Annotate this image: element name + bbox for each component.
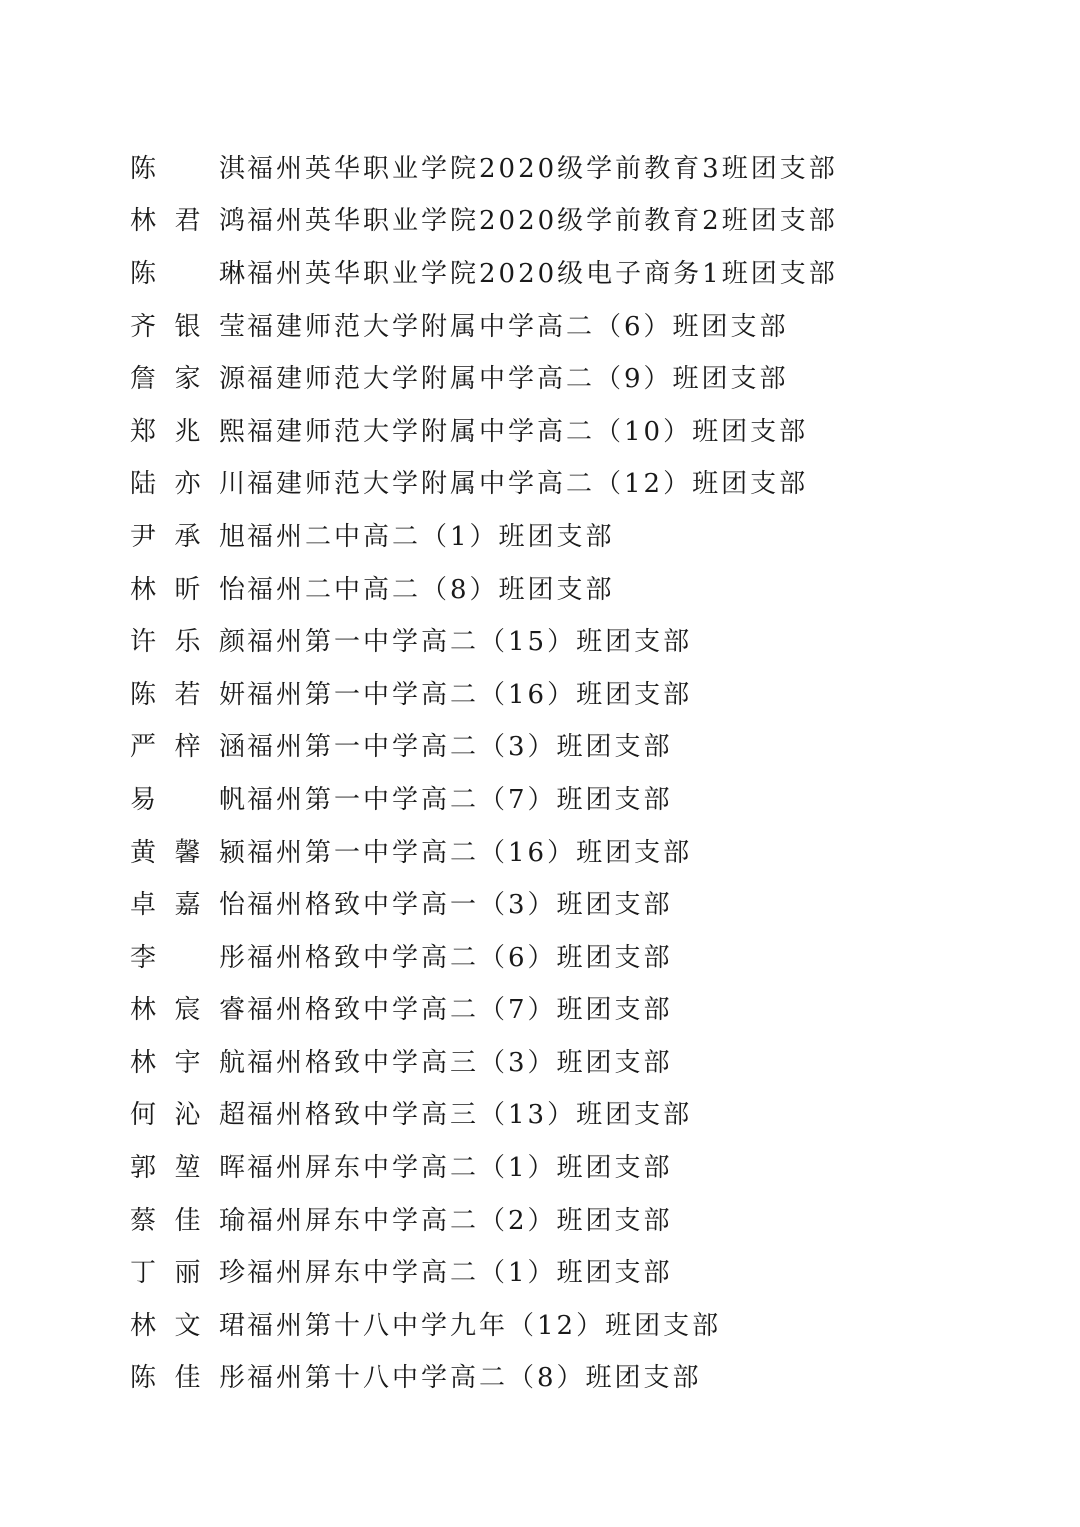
organization: 福州屏东中学高二（1）班团支部 (247, 1252, 673, 1289)
organization: 福州英华职业学院2020级学前教育3班团支部 (247, 148, 838, 185)
person-name: 陈佳彤 (130, 1357, 247, 1394)
organization: 福州第一中学高二（3）班团支部 (247, 726, 673, 763)
person-name: 郭堃晖 (130, 1147, 247, 1184)
list-item: 严梓涵福州第一中学高二（3）班团支部 (130, 719, 838, 772)
list-item: 詹家源福建师范大学附属中学高二（9）班团支部 (130, 350, 838, 403)
person-name: 许乐颜 (130, 621, 247, 658)
organization: 福州第一中学高二（15）班团支部 (247, 621, 692, 658)
document-page: 陈 淇福州英华职业学院2020级学前教育3班团支部 林君鸿福州英华职业学院202… (0, 0, 1080, 1527)
person-name: 黄馨颍 (130, 832, 247, 869)
list-item: 何沁超福州格致中学高三（13）班团支部 (130, 1087, 838, 1140)
list-item: 陈若妍福州第一中学高二（16）班团支部 (130, 666, 838, 719)
organization: 福州屏东中学高二（1）班团支部 (247, 1147, 673, 1184)
list-item: 陈 琳福州英华职业学院2020级电子商务1班团支部 (130, 245, 838, 298)
organization: 福州第一中学高二（16）班团支部 (247, 832, 692, 869)
person-name: 林文珺 (130, 1305, 247, 1342)
organization: 福建师范大学附属中学高二（12）班团支部 (247, 463, 808, 500)
list-item: 蔡佳瑜福州屏东中学高二（2）班团支部 (130, 1192, 838, 1245)
organization: 福建师范大学附属中学高二（10）班团支部 (247, 411, 808, 448)
organization: 福州屏东中学高二（2）班团支部 (247, 1200, 673, 1237)
organization: 福州二中高二（8）班团支部 (247, 569, 615, 606)
list-item: 黄馨颍福州第一中学高二（16）班团支部 (130, 824, 838, 877)
organization: 福州格致中学高一（3）班团支部 (247, 884, 673, 921)
list-item: 尹承旭福州二中高二（1）班团支部 (130, 508, 838, 561)
list-item: 陈佳彤福州第十八中学高二（8）班团支部 (130, 1350, 838, 1403)
person-name: 陆亦川 (130, 463, 247, 500)
list-item: 齐银莹福建师范大学附属中学高二（6）班团支部 (130, 298, 838, 351)
person-name: 陈若妍 (130, 674, 247, 711)
organization: 福建师范大学附属中学高二（6）班团支部 (247, 306, 789, 343)
list-item: 林宇航福州格致中学高三（3）班团支部 (130, 1034, 838, 1087)
person-name: 卓嘉怡 (130, 884, 247, 921)
person-name: 蔡佳瑜 (130, 1200, 247, 1237)
list-item: 林昕怡福州二中高二（8）班团支部 (130, 561, 838, 614)
organization: 福州格致中学高二（7）班团支部 (247, 989, 673, 1026)
organization: 福州第一中学高二（7）班团支部 (247, 779, 673, 816)
person-name: 何沁超 (130, 1094, 247, 1131)
person-name: 郑兆熙 (130, 411, 247, 448)
list-item: 李 彤福州格致中学高二（6）班团支部 (130, 929, 838, 982)
organization: 福州格致中学高三（13）班团支部 (247, 1094, 692, 1131)
list-item: 郭堃晖福州屏东中学高二（1）班团支部 (130, 1139, 838, 1192)
person-name: 易 帆 (130, 779, 247, 816)
organization: 福州二中高二（1）班团支部 (247, 516, 615, 553)
list-item: 许乐颜福州第一中学高二（15）班团支部 (130, 613, 838, 666)
list-item: 卓嘉怡福州格致中学高一（3）班团支部 (130, 876, 838, 929)
person-name: 尹承旭 (130, 516, 247, 553)
organization: 福州第一中学高二（16）班团支部 (247, 674, 692, 711)
list-item: 陈 淇福州英华职业学院2020级学前教育3班团支部 (130, 140, 838, 193)
person-name: 丁丽珍 (130, 1252, 247, 1289)
person-name: 林宸睿 (130, 989, 247, 1026)
organization: 福建师范大学附属中学高二（9）班团支部 (247, 358, 789, 395)
honoree-list: 陈 淇福州英华职业学院2020级学前教育3班团支部 林君鸿福州英华职业学院202… (130, 140, 838, 1402)
person-name: 齐银莹 (130, 306, 247, 343)
person-name: 林宇航 (130, 1042, 247, 1079)
organization: 福州第十八中学九年（12）班团支部 (247, 1305, 721, 1342)
organization: 福州格致中学高二（6）班团支部 (247, 937, 673, 974)
list-item: 林宸睿福州格致中学高二（7）班团支部 (130, 982, 838, 1035)
person-name: 林君鸿 (130, 200, 247, 237)
organization: 福州英华职业学院2020级学前教育2班团支部 (247, 200, 838, 237)
organization: 福州格致中学高三（3）班团支部 (247, 1042, 673, 1079)
list-item: 陆亦川福建师范大学附属中学高二（12）班团支部 (130, 456, 838, 509)
person-name: 陈 琳 (130, 253, 247, 290)
organization: 福州第十八中学高二（8）班团支部 (247, 1357, 702, 1394)
person-name: 李 彤 (130, 937, 247, 974)
organization: 福州英华职业学院2020级电子商务1班团支部 (247, 253, 838, 290)
list-item: 易 帆福州第一中学高二（7）班团支部 (130, 771, 838, 824)
person-name: 詹家源 (130, 358, 247, 395)
person-name: 林昕怡 (130, 569, 247, 606)
person-name: 严梓涵 (130, 726, 247, 763)
list-item: 林文珺福州第十八中学九年（12）班团支部 (130, 1297, 838, 1350)
person-name: 陈 淇 (130, 148, 247, 185)
list-item: 郑兆熙福建师范大学附属中学高二（10）班团支部 (130, 403, 838, 456)
list-item: 林君鸿福州英华职业学院2020级学前教育2班团支部 (130, 193, 838, 246)
list-item: 丁丽珍福州屏东中学高二（1）班团支部 (130, 1244, 838, 1297)
